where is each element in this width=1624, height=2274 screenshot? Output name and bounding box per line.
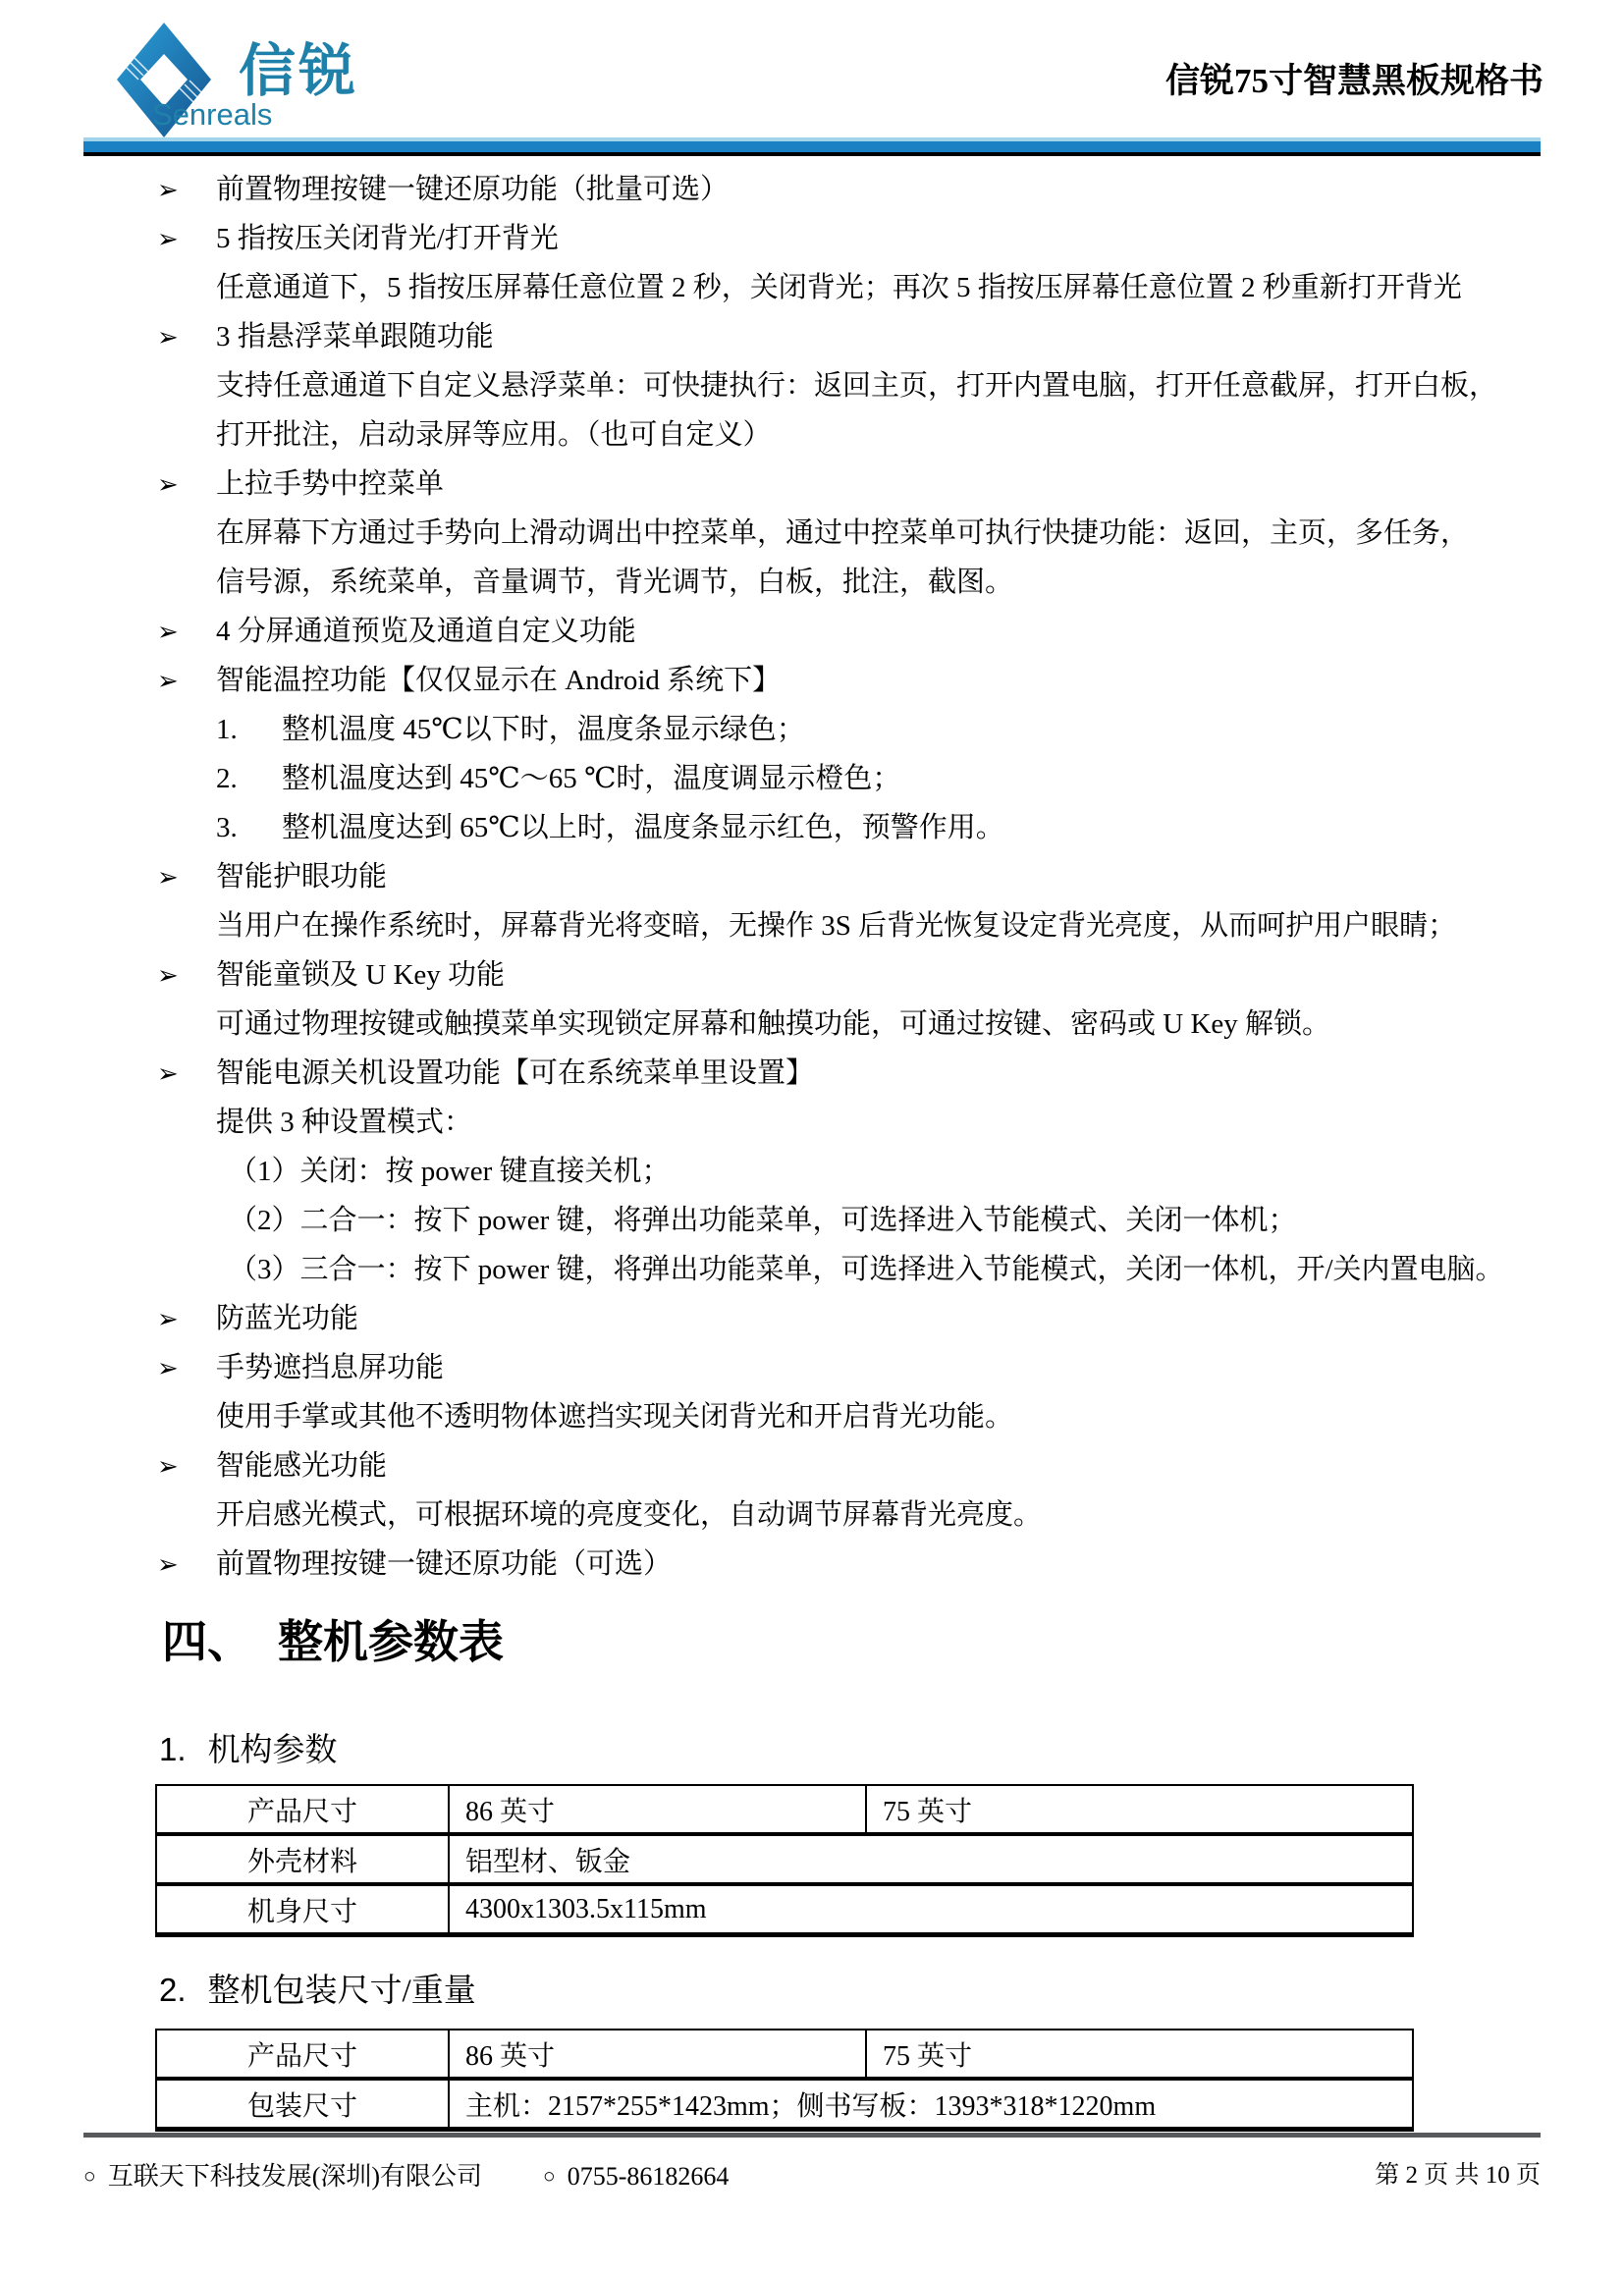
feature-text: 信号源，系统菜单，音量调节，背光调节，白板，批注，截图。: [216, 567, 1013, 598]
feature-line: 打开批注，启动录屏等应用。（也可自定义）: [0, 410, 1624, 460]
feature-line: （1）关闭：按 power 键直接关机；: [0, 1147, 1624, 1196]
feature-text: 整机温度达到 45℃～65 ℃时，温度调显示橙色；: [282, 763, 900, 794]
feature-line: 1.整机温度 45℃以下时，温度条显示绿色；: [0, 705, 1624, 754]
feature-text: 前置物理按键一键还原功能（可选）: [216, 1548, 672, 1580]
feature-text: 当用户在操作系统时，屏幕背光将变暗，无操作 3S 后背光恢复设定背光亮度，从而呵…: [216, 910, 1456, 942]
feature-text: 在屏幕下方通过手势向上滑动调出中控菜单，通过中控菜单可执行快捷功能：返回，主页，…: [216, 517, 1469, 549]
param-label-cell: 产品尺寸: [156, 2030, 449, 2079]
feature-line: 支持任意通道下自定义悬浮菜单：可快捷执行：返回主页，打开内置电脑，打开任意截屏，…: [0, 361, 1624, 410]
subsection-heading-1: 1.机构参数: [159, 1730, 338, 1771]
feature-line: 当用户在操作系统时，屏幕背光将变暗，无操作 3S 后背光恢复设定背光亮度，从而呵…: [0, 901, 1624, 950]
param-label-cell: 外壳材料: [156, 1834, 449, 1884]
feature-line: ➢智能童锁及 U Key 功能: [0, 950, 1624, 1000]
table-row: 外壳材料铝型材、钣金: [156, 1834, 1413, 1884]
feature-line: （3）三合一：按下 power 键，将弹出功能菜单，可选择进入节能模式，关闭一体…: [0, 1245, 1624, 1294]
circle-bullet-icon: ○: [83, 2154, 96, 2197]
feature-text: 任意通道下，5 指按压屏幕任意位置 2 秒，关闭背光；再次 5 指按压屏幕任意位…: [216, 272, 1462, 303]
logo-chinese-text: 信锐: [239, 43, 358, 100]
feature-text: 打开批注，启动录屏等应用。（也可自定义）: [216, 419, 772, 451]
section-title: 整机参数表: [278, 1616, 504, 1667]
list-number-marker: 2.: [216, 754, 282, 803]
bullet-arrow-icon: ➢: [157, 1344, 216, 1393]
bullet-arrow-icon: ➢: [157, 853, 216, 902]
bullet-arrow-icon: ➢: [157, 1442, 216, 1491]
bullet-arrow-icon: ➢: [157, 951, 216, 1001]
structure-parameters-table: 产品尺寸86 英寸75 英寸外壳材料铝型材、钣金机身尺寸4300x1303.5x…: [155, 1784, 1414, 1937]
feature-text: 防蓝光功能: [216, 1303, 358, 1334]
subsection-title: 机构参数: [208, 1733, 338, 1768]
feature-text: （1）关闭：按 power 键直接关机；: [229, 1156, 670, 1187]
feature-line: ➢智能护眼功能: [0, 852, 1624, 901]
bullet-arrow-icon: ➢: [157, 313, 216, 362]
feature-line: 使用手掌或其他不透明物体遮挡实现关闭背光和开启背光功能。: [0, 1392, 1624, 1441]
footer-company-line: ○互联天下科技发展(深圳)有限公司○0755-86182664: [83, 2154, 729, 2198]
list-number-marker: 3.: [216, 803, 282, 852]
feature-text: 前置物理按键一键还原功能（批量可选）: [216, 174, 729, 205]
param-value-cell: 86 英寸: [449, 2030, 866, 2079]
feature-line: 提供 3 种设置模式：: [0, 1098, 1624, 1147]
feature-line: 可通过物理按键或触摸菜单实现锁定屏幕和触摸功能，可通过按键、密码或 U Key …: [0, 1000, 1624, 1049]
subsection-number: 1.: [159, 1731, 187, 1767]
feature-text: 5 指按压关闭背光/打开背光: [216, 223, 559, 254]
param-value-cell: 75 英寸: [866, 1785, 1413, 1834]
param-value-cell: 4300x1303.5x115mm: [449, 1884, 1413, 1935]
header-divider-black: [83, 152, 1541, 156]
feature-text: 智能感光功能: [216, 1450, 387, 1482]
feature-text: 可通过物理按键或触摸菜单实现锁定屏幕和触摸功能，可通过按键、密码或 U Key …: [216, 1008, 1330, 1040]
feature-line: ➢上拉手势中控菜单: [0, 460, 1624, 509]
feature-text: 提供 3 种设置模式：: [216, 1107, 472, 1138]
feature-line: （2）二合一：按下 power 键，将弹出功能菜单，可选择进入节能模式、关闭一体…: [0, 1196, 1624, 1245]
packaging-parameters-table: 产品尺寸86 英寸75 英寸包装尺寸主机：2157*255*1423mm；侧书写…: [155, 2029, 1414, 2132]
feature-text: 整机温度 45℃以下时，温度条显示绿色；: [282, 714, 805, 745]
feature-line: ➢4 分屏通道预览及通道自定义功能: [0, 607, 1624, 656]
param-value-cell: 75 英寸: [866, 2030, 1413, 2079]
feature-line: 3.整机温度达到 65℃以上时，温度条显示红色，预警作用。: [0, 803, 1624, 852]
table-row: 包装尺寸主机：2157*255*1423mm；侧书写板：1393*318*122…: [156, 2079, 1413, 2130]
table-row: 产品尺寸86 英寸75 英寸: [156, 1785, 1413, 1834]
param-label-cell: 机身尺寸: [156, 1884, 449, 1935]
section-number: 四、: [162, 1616, 252, 1667]
feature-text: （2）二合一：按下 power 键，将弹出功能菜单，可选择进入节能模式、关闭一体…: [229, 1205, 1296, 1236]
header-divider-blue: [83, 141, 1541, 152]
document-page: 信锐 Senreals 信锐75寸智慧黑板规格书 ➢前置物理按键一键还原功能（批…: [0, 0, 1624, 2274]
page-title: 信锐75寸智慧黑板规格书: [1165, 61, 1543, 102]
subsection-number: 2.: [159, 1972, 187, 2008]
footer-company: 互联天下科技发展(深圳)有限公司: [108, 2162, 482, 2191]
param-label-cell: 产品尺寸: [156, 1785, 449, 1834]
page-footer: ○互联天下科技发展(深圳)有限公司○0755-86182664 第 2 页 共 …: [83, 2154, 1541, 2197]
feature-list: ➢前置物理按键一键还原功能（批量可选）➢5 指按压关闭背光/打开背光任意通道下，…: [0, 165, 1624, 1589]
table-row: 机身尺寸4300x1303.5x115mm: [156, 1884, 1413, 1935]
bullet-arrow-icon: ➢: [157, 460, 216, 510]
feature-line: 信号源，系统菜单，音量调节，背光调节，白板，批注，截图。: [0, 558, 1624, 607]
bullet-arrow-icon: ➢: [157, 1050, 216, 1099]
bullet-arrow-icon: ➢: [157, 1541, 216, 1590]
feature-line: ➢智能电源关机设置功能【可在系统菜单里设置】: [0, 1049, 1624, 1098]
feature-text: 上拉手势中控菜单: [216, 468, 444, 500]
feature-text: 使用手掌或其他不透明物体遮挡实现关闭背光和开启背光功能。: [216, 1401, 1013, 1433]
feature-line: 在屏幕下方通过手势向上滑动调出中控菜单，通过中控菜单可执行快捷功能：返回，主页，…: [0, 509, 1624, 558]
feature-text: 整机温度达到 65℃以上时，温度条显示红色，预警作用。: [282, 812, 1004, 843]
feature-text: 支持任意通道下自定义悬浮菜单：可快捷执行：返回主页，打开内置电脑，打开任意截屏，…: [216, 370, 1497, 402]
feature-line: 开启感光模式，可根据环境的亮度变化，自动调节屏幕背光亮度。: [0, 1490, 1624, 1540]
feature-line: ➢防蓝光功能: [0, 1294, 1624, 1343]
feature-text: 4 分屏通道预览及通道自定义功能: [216, 616, 636, 647]
feature-line: ➢手势遮挡息屏功能: [0, 1343, 1624, 1392]
feature-text: 智能童锁及 U Key 功能: [216, 959, 505, 991]
feature-line: ➢前置物理按键一键还原功能（批量可选）: [0, 165, 1624, 214]
feature-text: 手势遮挡息屏功能: [216, 1352, 444, 1383]
circle-bullet-icon: ○: [543, 2154, 556, 2197]
feature-line: 2.整机温度达到 45℃～65 ℃时，温度调显示橙色；: [0, 754, 1624, 803]
feature-line: ➢前置物理按键一键还原功能（可选）: [0, 1540, 1624, 1589]
feature-text: 开启感光模式，可根据环境的亮度变化，自动调节屏幕背光亮度。: [216, 1499, 1042, 1531]
section-heading: 四、整机参数表: [162, 1615, 504, 1669]
logo-english-text: Senreals: [152, 99, 272, 130]
footer-divider: [83, 2133, 1541, 2138]
subsection-title: 整机包装尺寸/重量: [208, 1974, 476, 2009]
feature-line: ➢5 指按压关闭背光/打开背光: [0, 214, 1624, 263]
footer-phone: 0755-86182664: [568, 2162, 730, 2191]
feature-text: 智能护眼功能: [216, 861, 387, 893]
feature-text: 3 指悬浮菜单跟随功能: [216, 321, 494, 352]
feature-text: 智能温控功能【仅仅显示在 Android 系统下】: [216, 665, 781, 696]
feature-line: ➢智能感光功能: [0, 1441, 1624, 1490]
table-row: 产品尺寸86 英寸75 英寸: [156, 2030, 1413, 2079]
param-value-cell: 铝型材、钣金: [449, 1834, 1413, 1884]
list-number-marker: 1.: [216, 705, 282, 754]
footer-page-number: 第 2 页 共 10 页: [1375, 2154, 1541, 2197]
bullet-arrow-icon: ➢: [157, 608, 216, 657]
feature-text: 智能电源关机设置功能【可在系统菜单里设置】: [216, 1057, 814, 1089]
bullet-arrow-icon: ➢: [157, 166, 216, 215]
feature-line: ➢智能温控功能【仅仅显示在 Android 系统下】: [0, 656, 1624, 705]
bullet-arrow-icon: ➢: [157, 657, 216, 706]
bullet-arrow-icon: ➢: [157, 215, 216, 264]
param-value-cell: 主机：2157*255*1423mm；侧书写板：1393*318*1220mm: [449, 2079, 1413, 2130]
param-label-cell: 包装尺寸: [156, 2079, 449, 2130]
feature-line: ➢3 指悬浮菜单跟随功能: [0, 312, 1624, 361]
bullet-arrow-icon: ➢: [157, 1295, 216, 1344]
header-divider: [83, 137, 1541, 156]
subsection-heading-2: 2.整机包装尺寸/重量: [159, 1971, 476, 2012]
feature-text: （3）三合一：按下 power 键，将弹出功能菜单，可选择进入节能模式，关闭一体…: [229, 1254, 1504, 1285]
param-value-cell: 86 英寸: [449, 1785, 866, 1834]
feature-line: 任意通道下，5 指按压屏幕任意位置 2 秒，关闭背光；再次 5 指按压屏幕任意位…: [0, 263, 1624, 312]
